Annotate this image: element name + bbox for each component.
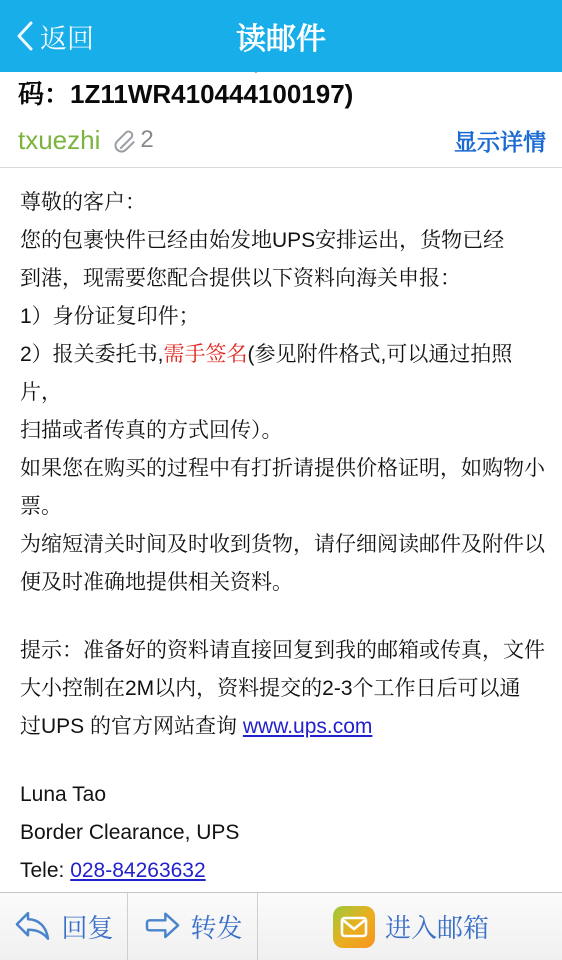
body-paragraph: 提示：准备好的资料请直接回复到我的邮箱或传真，文件 大小控制在2M以内，资料提交… [20, 632, 554, 746]
body-text: (参见附件格式,可以通过拍照片， 扫描或者传真的方式回传）。 如果您在购买的过程… [20, 343, 545, 594]
sender-name[interactable]: txuezhi [18, 125, 100, 156]
subject-line: 码：1Z11WR410444100197) [18, 76, 554, 112]
reply-icon [13, 909, 53, 945]
sender-row: txuezhi 2 显示详情 [18, 118, 546, 162]
show-details-link[interactable]: 显示详情 [454, 124, 546, 157]
enter-mailbox-button[interactable]: 进入邮箱 [258, 893, 562, 960]
mailbox-app-icon [331, 904, 377, 950]
highlight-red-text: 需手签名 [164, 343, 248, 366]
paperclip-icon [112, 127, 138, 153]
mail-reader-screen: 返回 读邮件 您的UPS包裹已到港，请提供清关资料（运单号 码：1Z11WR41… [0, 0, 562, 960]
email-body: 尊敬的客户： 您的包裹快件已经由始发地UPS安排运出，货物已经 到港，现需要您配… [20, 184, 554, 890]
back-chevron-icon [14, 19, 36, 53]
reply-button[interactable]: 回复 [0, 893, 128, 960]
attachment-count: 2 [140, 126, 153, 154]
bottom-toolbar: 回复 转发 [0, 892, 562, 960]
header-divider [0, 167, 562, 168]
mailbox-label: 进入邮箱 [385, 908, 489, 945]
forward-icon [142, 909, 182, 945]
reply-label: 回复 [61, 908, 113, 945]
header-bar: 返回 读邮件 [0, 0, 562, 72]
attachment-indicator[interactable]: 2 [112, 126, 153, 154]
back-label: 返回 [40, 17, 94, 56]
inline-link[interactable]: 028-84263632 [70, 859, 205, 882]
forward-label: 转发 [190, 908, 242, 945]
inline-link[interactable]: www.ups.com [243, 715, 373, 738]
body-paragraph: 尊敬的客户： 您的包裹快件已经由始发地UPS安排运出，货物已经 到港，现需要您配… [20, 184, 554, 602]
back-button[interactable]: 返回 [0, 0, 104, 72]
body-text: 尊敬的客户： 您的包裹快件已经由始发地UPS安排运出，货物已经 到港，现需要您配… [20, 191, 504, 366]
forward-button[interactable]: 转发 [128, 893, 258, 960]
body-paragraph: Luna Tao Border Clearance, UPS Tele: 028… [20, 776, 554, 890]
